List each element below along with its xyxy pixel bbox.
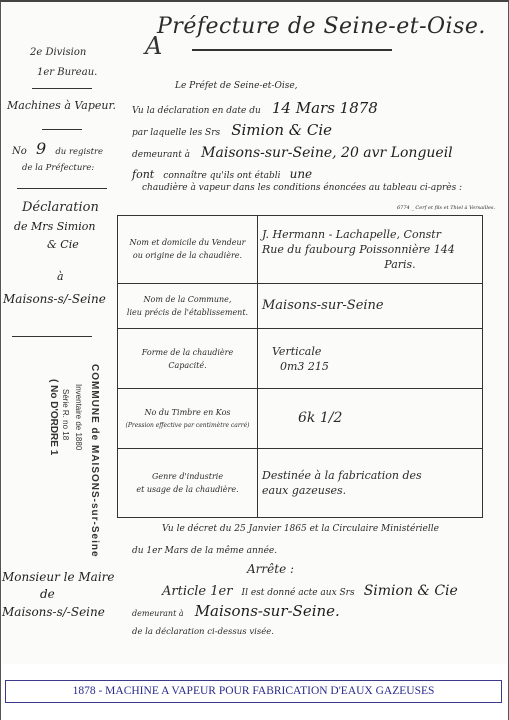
register-line-1: No 9 du registre [12, 139, 103, 158]
bureau-label: 1er Bureau. [37, 67, 97, 78]
table-value-cell: J. Hermann - Lachapelle, Constr Rue du f… [258, 216, 483, 284]
label-line: Nom de la Commune, [122, 293, 253, 306]
declaration-a: à [57, 270, 64, 283]
table-row: Nom et domicile du Vendeur ou origine de… [118, 216, 483, 284]
printer-note: 6774 _ Cerf et fils et Thiel à Versaille… [397, 205, 495, 211]
label-line: et usage de la chaudière. [122, 483, 253, 496]
article-label: Article 1er [162, 584, 232, 599]
article-line: Article 1er Il est donné acte aux Srs Si… [162, 580, 458, 599]
declarant-address: Maisons-sur-Seine, 20 avr Longueil [201, 145, 453, 161]
decree-heading: Arrête : [247, 562, 294, 576]
value-line: Paris. [262, 257, 478, 272]
label-line: Nom et domicile du Vendeur [122, 236, 253, 249]
document-page: Préfecture de Seine-et-Oise. A 2e Divisi… [2, 2, 507, 664]
declaration-date: 14 Mars 1878 [272, 99, 378, 117]
addressee-line-2: de [40, 587, 55, 601]
label-line: Genre d'industrie [122, 470, 253, 483]
preamble-line-2: Vu la déclaration en date du 14 Mars 187… [132, 98, 378, 117]
preamble-hand: une [290, 167, 313, 181]
decree-line-2: du 1er Mars de la même année. [132, 546, 277, 556]
value-line: J. Hermann - Lachapelle, Constr [262, 227, 478, 242]
stamp-line-4: ( No D'ORDRE 1 [48, 364, 59, 584]
register-prefix: No [12, 146, 27, 157]
table-label-cell: Nom de la Commune, lieu précis de l'étab… [118, 283, 258, 328]
table-value-cell: 6k 1/2 [258, 389, 483, 449]
decree-line-1: Vu le décret du 25 Janvier 1865 et la Ci… [162, 524, 439, 534]
stamp-line-2: Inventaire de 1880 [74, 364, 83, 584]
table-label-cell: Nom et domicile du Vendeur ou origine de… [118, 216, 258, 284]
demeurant-text: demeurant à [132, 609, 184, 618]
value-line: Destinée à la fabrication des [262, 468, 478, 483]
label-line: No du Timbre en Kos [122, 406, 253, 419]
value-line: Verticale [262, 344, 478, 359]
register-suffix: du registre [55, 147, 103, 157]
declaration-table: Nom et domicile du Vendeur ou origine de… [117, 215, 483, 518]
addressee-line-3: Maisons-s/-Seine [2, 605, 105, 619]
label-line: (Pression effective par centimètre carré… [122, 419, 253, 432]
table-label-cell: No du Timbre en Kos (Pression effective … [118, 389, 258, 449]
divider [42, 129, 82, 130]
section-label: Machines à Vapeur. [7, 99, 116, 112]
label-line: Forme de la chaudière [122, 346, 253, 359]
label-line: Capacité. [122, 359, 253, 372]
table-value-cell: Destinée à la fabrication des eaux gazeu… [258, 448, 483, 517]
value-line: 6k 1/2 [298, 411, 478, 426]
preamble-text: Vu la déclaration en date du [132, 106, 261, 116]
declaration-of: de Mrs Simion [14, 220, 95, 233]
demeurant-line: demeurant à Maisons-sur-Seine. [132, 601, 340, 620]
preamble-line-3: par laquelle les Srs Simion & Cie [132, 120, 332, 139]
table-label-cell: Genre d'industrie et usage de la chaudiè… [118, 448, 258, 517]
article-name: Simion & Cie [364, 583, 458, 599]
value-line: eaux gazeuses. [262, 483, 478, 498]
preamble-text: demeurant à [132, 150, 190, 160]
label-line: ou origine de la chaudière. [122, 249, 253, 262]
table-row: Forme de la chaudière Capacité. Vertical… [118, 329, 483, 389]
commune-stamp: COMMUNE de MAISONS-sur-Seine Inventaire … [10, 364, 100, 584]
table-value-cell: Maisons-sur-Seine [258, 283, 483, 328]
divider [32, 88, 92, 89]
document-title: Préfecture de Seine-et-Oise. [157, 14, 486, 39]
preamble-line-4: demeurant à Maisons-sur-Seine, 20 avr Lo… [132, 142, 453, 161]
register-number: 9 [36, 139, 46, 158]
preamble-line-5: font connaître qu'ils ont établi une [132, 163, 312, 182]
label-line: lieu précis de l'établissement. [122, 306, 253, 319]
register-line-2: de la Préfecture: [22, 163, 94, 173]
preamble-text: par laquelle les Srs [132, 128, 220, 138]
preamble-hand: font [132, 168, 154, 181]
article-text: Il est donné acte aux Srs [242, 588, 355, 598]
preamble-line-6: chaudière à vapeur dans les conditions é… [142, 183, 462, 193]
declaration-place: Maisons-s/-Seine [3, 292, 106, 306]
division-label: 2e Division [30, 47, 86, 58]
table-row: Genre d'industrie et usage de la chaudiè… [118, 448, 483, 517]
addressee-line-1: Monsieur le Maire [2, 570, 115, 584]
title-underline [192, 49, 392, 51]
declarant-name: Simion & Cie [231, 121, 332, 139]
stamp-line-1: COMMUNE de MAISONS-sur-Seine [89, 364, 100, 584]
table-row: No du Timbre en Kos (Pression effective … [118, 389, 483, 449]
stamp-line-3: Série R. no 18 [61, 364, 70, 584]
value-line: 0m3 215 [262, 359, 478, 374]
image-caption: 1878 - MACHINE A VAPEUR POUR FABRICATION… [5, 680, 502, 703]
decree-final-line: de la déclaration ci-dessus visée. [132, 627, 274, 637]
value-line: Maisons-sur-Seine [262, 298, 478, 313]
demeurant-place: Maisons-sur-Seine. [195, 602, 340, 620]
value-line: Rue du faubourg Poissonnière 144 [262, 242, 478, 257]
table-row: Nom de la Commune, lieu précis de l'étab… [118, 283, 483, 328]
divider [12, 336, 92, 337]
declaration-company: & Cie [47, 238, 79, 251]
preamble-text: connaître qu'ils ont établi [163, 171, 280, 181]
divider [17, 188, 107, 189]
table-value-cell: Verticale 0m3 215 [258, 329, 483, 389]
preamble-line-1: Le Préfet de Seine-et-Oise, [175, 81, 298, 91]
table-label-cell: Forme de la chaudière Capacité. [118, 329, 258, 389]
margin-mark: A [145, 32, 162, 60]
declaration-heading: Déclaration [22, 200, 99, 215]
